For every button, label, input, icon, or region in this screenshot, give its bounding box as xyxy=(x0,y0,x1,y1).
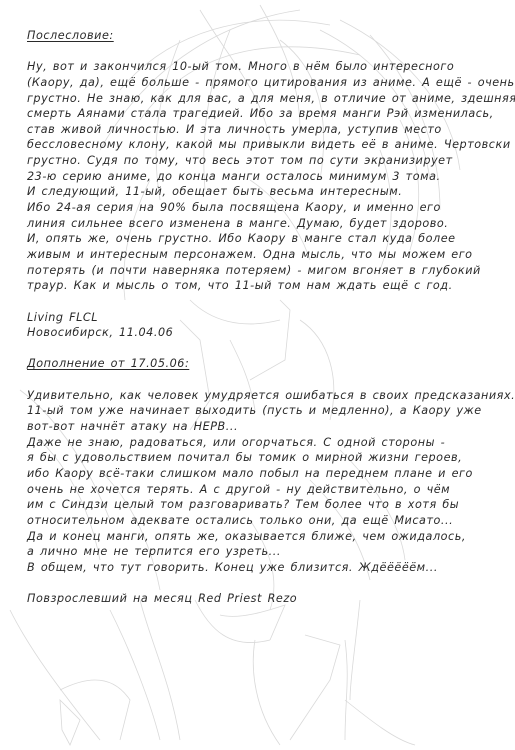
afterword-body: Ну, вот и закончился 10-ый том. Много в … xyxy=(27,59,507,294)
afterword-place-date: Новосибирск, 11.04.06 xyxy=(27,325,507,341)
spacer xyxy=(27,341,507,357)
addendum-line: очень не хочется терять. А с другой - ну… xyxy=(27,482,507,498)
spacer xyxy=(27,372,507,388)
afterword-line: траур. Как и мысль о том, что 11-ый том … xyxy=(27,278,507,294)
afterword-line: грустно. Не знаю, как для вас, а для мен… xyxy=(27,91,507,107)
addendum-line: Удивительно, как человек умудряется ошиб… xyxy=(27,388,507,404)
addendum-line: я бы с удовольствием почитал бы томик о … xyxy=(27,450,507,466)
spacer xyxy=(27,294,507,310)
afterword-line: бессловесному клону, какой мы привыкли в… xyxy=(27,137,507,153)
afterword-line: живым и интересным персонажем. Одна мысл… xyxy=(27,247,507,263)
afterword-signature: Living FLCL xyxy=(27,310,507,326)
addendum-line: В общем, что тут говорить. Конец уже бли… xyxy=(27,560,507,576)
addendum-heading: Дополнение от 17.05.06: xyxy=(27,356,507,372)
afterword-line: И, опять же, очень грустно. Ибо Каору в … xyxy=(27,231,507,247)
addendum-body: Удивительно, как человек умудряется ошиб… xyxy=(27,388,507,576)
afterword-line: смерть Аянами стала трагедией. Ибо за вр… xyxy=(27,106,507,122)
addendum-line: ибо Каору всё-таки слишком мало побыл на… xyxy=(27,466,507,482)
addendum-line: относительном адеквате остались только о… xyxy=(27,513,507,529)
afterword-line: линия сильнее всего изменена в манге. Ду… xyxy=(27,216,507,232)
afterword-line: 23-ю серию аниме, до конца манги осталос… xyxy=(27,169,507,185)
spacer xyxy=(27,44,507,60)
afterword-line: И следующий, 11-ый, обещает быть весьма … xyxy=(27,184,507,200)
addendum-line: Даже не знаю, радоваться, или огорчаться… xyxy=(27,435,507,451)
addendum-line: вот-вот начнёт атаку на НЕРВ... xyxy=(27,419,507,435)
addendum-signature: Повзрослевший на месяц Red Priest Rezo xyxy=(27,591,507,607)
afterword-line: (Каору, да), ещё больше - прямого цитиро… xyxy=(27,75,507,91)
afterword-line: грустно. Судя по тому, что весь этот том… xyxy=(27,153,507,169)
afterword-heading: Послесловие: xyxy=(27,28,507,44)
document-page: Послесловие: Ну, вот и закончился 10-ый … xyxy=(27,28,507,607)
addendum-line: Да и конец манги, опять же, оказывается … xyxy=(27,529,507,545)
addendum-line: 11-ый том уже начинает выходить (пусть и… xyxy=(27,403,507,419)
addendum-line: им с Синдзи целый том разговаривать? Тем… xyxy=(27,497,507,513)
afterword-line: Ну, вот и закончился 10-ый том. Много в … xyxy=(27,59,507,75)
spacer xyxy=(27,575,507,591)
afterword-line: Ибо 24-ая серия на 90% была посвящена Ка… xyxy=(27,200,507,216)
afterword-line: потерять (и почти наверняка потеряем) - … xyxy=(27,263,507,279)
addendum-line: а лично мне не терпится его узреть... xyxy=(27,544,507,560)
afterword-line: став живой личностью. И эта личность уме… xyxy=(27,122,507,138)
